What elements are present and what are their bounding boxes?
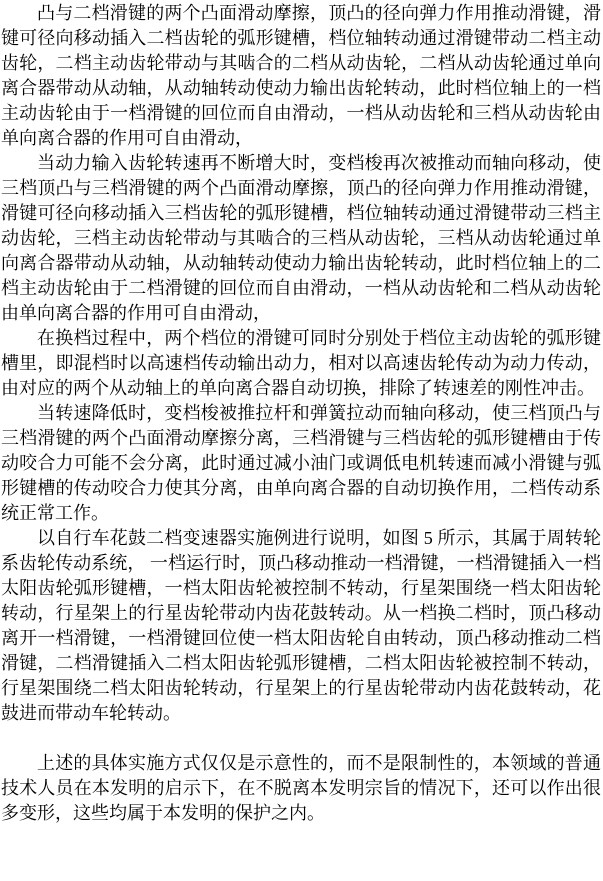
paragraph: 当动力输入齿轮转速再不断增大时，变档梭再次被推动而轴向移动，使三档顶凸与三档滑键… — [1, 151, 601, 326]
paragraph: 当转速降低时，变档梭被推拉杆和弹簧拉动而轴向移动，使三档顶凸与三档滑键的两个凸面… — [1, 401, 601, 526]
document-body: 凸与二档滑键的两个凸面滑动摩擦，顶凸的径向弹力作用推动滑键，滑键可径向移动插入二… — [1, 1, 601, 826]
document-page: 凸与二档滑键的两个凸面滑动摩擦，顶凸的径向弹力作用推动滑键，滑键可径向移动插入二… — [0, 0, 603, 881]
paragraph: 凸与二档滑键的两个凸面滑动摩擦，顶凸的径向弹力作用推动滑键，滑键可径向移动插入二… — [1, 1, 601, 151]
paragraph: 在换档过程中，两个档位的滑键可同时分别处于档位主动齿轮的弧形键槽里，即混档时以高… — [1, 326, 601, 401]
paragraph: 上述的具体实施方式仅仅是示意性的，而不是限制性的，本领域的普通技术人员在本发明的… — [1, 751, 601, 826]
paragraph — [1, 726, 601, 751]
paragraph: 以自行车花鼓二档变速器实施例进行说明，如图 5 所示，其属于周转轮系齿轮传动系统… — [1, 526, 601, 726]
